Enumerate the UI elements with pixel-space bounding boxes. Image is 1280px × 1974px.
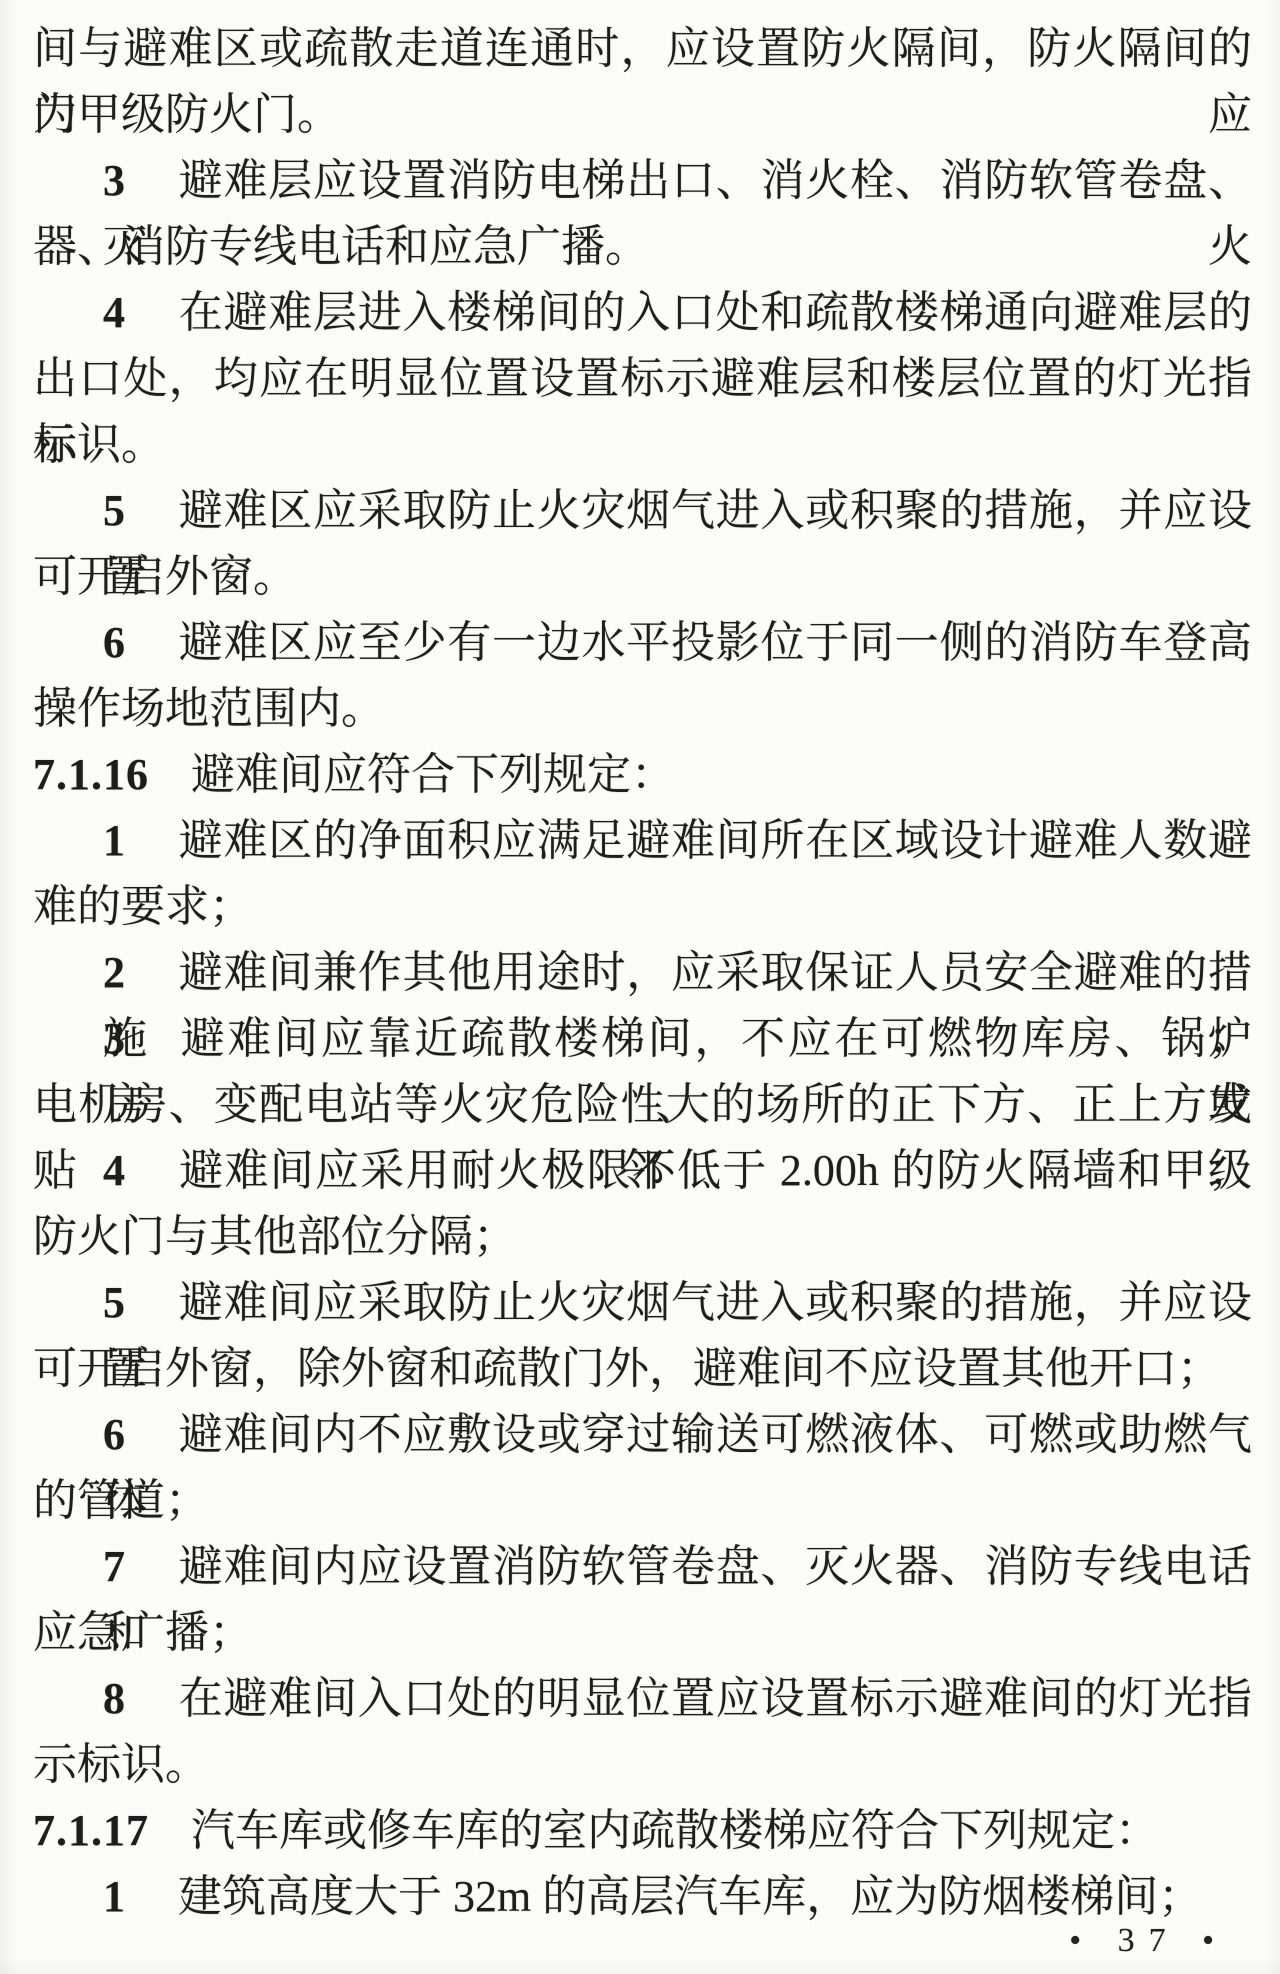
text-line: 1建筑高度大于 32m 的高层汽车库，应为防烟楼梯间；: [33, 1864, 1252, 1930]
text-line: 难的要求；: [33, 874, 1252, 940]
text-line: 5避难区应采取防止火灾烟气进入或积聚的措施，并应设置: [33, 478, 1252, 544]
section-number: 7.1.17: [33, 1806, 149, 1855]
item-number: 6: [103, 1410, 126, 1459]
line-text: 标识。: [33, 420, 165, 469]
line-text: 示标识。: [33, 1740, 209, 1789]
line-text: 可开启外窗，除外窗和疏散门外，避难间不应设置其他开口；: [33, 1344, 1221, 1393]
text-line: 4在避难层进入楼梯间的入口处和疏散楼梯通向避难层的: [33, 280, 1252, 346]
text-line: 4避难间应采用耐火极限不低于 2.00h 的防火隔墙和甲级: [33, 1138, 1252, 1204]
item-number: 4: [103, 1146, 126, 1195]
line-text: 器、消防专线电话和应急广播。: [33, 222, 649, 271]
item-number: 5: [103, 1278, 126, 1327]
item-number: 6: [103, 618, 126, 667]
line-text: 在避难层进入楼梯间的入口处和疏散楼梯通向避难层的: [178, 288, 1252, 337]
line-text: 为甲级防火门。: [33, 90, 341, 139]
section-heading-line: 7.1.17汽车库或修车库的室内疏散楼梯应符合下列规定：: [33, 1798, 1252, 1864]
text-line: 应急广播；: [33, 1600, 1252, 1666]
line-text: 防火门与其他部位分隔；: [33, 1212, 517, 1261]
line-text: 在避难间入口处的明显位置应设置标示避难间的灯光指: [178, 1674, 1252, 1723]
item-number: 5: [103, 486, 126, 535]
line-text: 操作场地范围内。: [33, 684, 385, 733]
item-number: 3: [103, 156, 126, 205]
text-line: 5避难间应采取防止火灾烟气进入或积聚的措施，并应设置: [33, 1270, 1252, 1336]
document-text-block: 间与避难区或疏散走道连通时，应设置防火隔间，防火隔间的门应为甲级防火门。3避难层…: [33, 16, 1252, 1930]
line-text: 避难间应符合下列规定：: [191, 750, 675, 799]
text-line: 出口处，均应在明显位置设置标示避难层和楼层位置的灯光指示: [33, 346, 1252, 412]
text-line: 6避难间内不应敷设或穿过输送可燃液体、可燃或助燃气体: [33, 1402, 1252, 1468]
line-text: 难的要求；: [33, 882, 253, 931]
text-line: 间与避难区或疏散走道连通时，应设置防火隔间，防火隔间的门应: [33, 16, 1252, 82]
line-text: 避难区的净面积应满足避难间所在区域设计避难人数避: [178, 816, 1252, 865]
item-number: 1: [103, 1872, 126, 1921]
text-line: 示标识。: [33, 1732, 1252, 1798]
line-text: 可开启外窗。: [33, 552, 297, 601]
section-number: 7.1.16: [33, 750, 149, 799]
text-line: 3避难间应靠近疏散楼梯间，不应在可燃物库房、锅炉房、发: [33, 1006, 1252, 1072]
text-line: 7避难间内应设置消防软管卷盘、灭火器、消防专线电话和: [33, 1534, 1252, 1600]
line-text: 建筑高度大于 32m 的高层汽车库，应为防烟楼梯间；: [178, 1872, 1202, 1921]
item-number: 7: [103, 1542, 126, 1591]
line-text: 避难区应至少有一边水平投影位于同一侧的消防车登高: [178, 618, 1252, 667]
line-text: 汽车库或修车库的室内疏散楼梯应符合下列规定：: [191, 1806, 1159, 1855]
text-line: 标识。: [33, 412, 1252, 478]
text-line: 电机房、变配电站等火灾危险性大的场所的正下方、正上方或贴邻；: [33, 1072, 1252, 1138]
text-line: 8在避难间入口处的明显位置应设置标示避难间的灯光指: [33, 1666, 1252, 1732]
line-text: 应急广播；: [33, 1608, 253, 1657]
text-line: 的管道；: [33, 1468, 1252, 1534]
text-line: 可开启外窗。: [33, 544, 1252, 610]
line-text: 避难间应采用耐火极限不低于 2.00h 的防火隔墙和甲级: [178, 1146, 1252, 1195]
text-line: 可开启外窗，除外窗和疏散门外，避难间不应设置其他开口；: [33, 1336, 1252, 1402]
document-page: 间与避难区或疏散走道连通时，应设置防火隔间，防火隔间的门应为甲级防火门。3避难层…: [0, 0, 1280, 1974]
text-line: 防火门与其他部位分隔；: [33, 1204, 1252, 1270]
text-line: 操作场地范围内。: [33, 676, 1252, 742]
text-line: 6避难区应至少有一边水平投影位于同一侧的消防车登高: [33, 610, 1252, 676]
text-line: 2避难间兼作其他用途时，应采取保证人员安全避难的措施；: [33, 940, 1252, 1006]
item-number: 4: [103, 288, 126, 337]
section-heading-line: 7.1.16避难间应符合下列规定：: [33, 742, 1252, 808]
text-line: 1避难区的净面积应满足避难间所在区域设计避难人数避: [33, 808, 1252, 874]
line-text: 的管道；: [33, 1476, 209, 1525]
item-number: 8: [103, 1674, 126, 1723]
item-number: 3: [103, 1014, 126, 1063]
page-number: • 37 •: [1069, 1922, 1228, 1960]
text-line: 3避难层应设置消防电梯出口、消火栓、消防软管卷盘、灭火: [33, 148, 1252, 214]
item-number: 2: [103, 948, 126, 997]
item-number: 1: [103, 816, 126, 865]
